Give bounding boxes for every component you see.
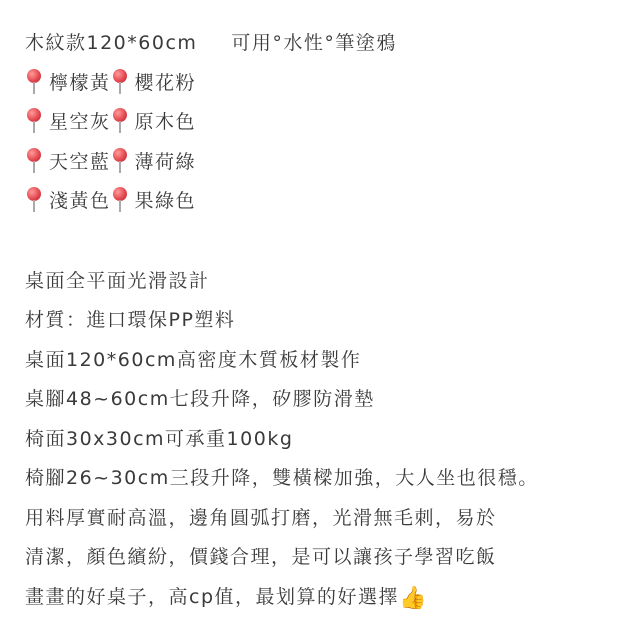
model-text: 木紋款120*60cm bbox=[25, 32, 197, 54]
pushpin-icon bbox=[25, 187, 43, 213]
color-row: 天空藍薄荷綠 bbox=[25, 143, 611, 183]
feature-text: 畫畫的好桌子，高cp值，最划算的好選擇 bbox=[25, 586, 399, 608]
color-option: 星空灰 bbox=[49, 111, 111, 133]
feature-line: 椅面30x30cm可承重100kg bbox=[25, 420, 611, 460]
color-option: 天空藍 bbox=[49, 151, 111, 173]
pushpin-icon bbox=[111, 69, 129, 95]
color-option: 原木色 bbox=[135, 111, 197, 133]
feature-line: 材質：進口環保PP塑料 bbox=[25, 301, 611, 341]
feature-line: 桌面全平面光滑設計 bbox=[25, 262, 611, 302]
feature-line: 椅腳26~30cm三段升降，雙橫樑加強，大人坐也很穩。 bbox=[25, 459, 611, 499]
color-option: 櫻花粉 bbox=[135, 72, 197, 94]
color-option: 果綠色 bbox=[135, 190, 197, 212]
pushpin-icon bbox=[111, 187, 129, 213]
pushpin-icon bbox=[111, 148, 129, 174]
feature-line: 清潔，顏色繽紛，價錢合理，是可以讓孩子學習吃飯 bbox=[25, 538, 611, 578]
feature-line: 用料厚實耐高溫，邊角圓弧打磨，光滑無毛刺，易於 bbox=[25, 499, 611, 539]
pushpin-icon bbox=[25, 108, 43, 134]
color-row: 檸檬黃櫻花粉 bbox=[25, 64, 611, 104]
color-option: 薄荷綠 bbox=[135, 151, 197, 173]
pushpin-icon bbox=[25, 69, 43, 95]
color-option: 淺黃色 bbox=[49, 190, 111, 212]
color-option: 檸檬黃 bbox=[49, 72, 111, 94]
note-text: 可用°水性°筆塗鴉 bbox=[231, 32, 397, 54]
feature-line: 畫畫的好桌子，高cp值，最划算的好選擇👍 bbox=[25, 578, 611, 618]
color-row: 星空灰原木色 bbox=[25, 103, 611, 143]
header-line: 木紋款120*60cm可用°水性°筆塗鴉 bbox=[25, 24, 611, 64]
thumbs-up-icon: 👍 bbox=[399, 579, 428, 619]
spacer bbox=[25, 222, 611, 262]
feature-line: 桌面120*60cm高密度木質板材製作 bbox=[25, 341, 611, 381]
product-description: 木紋款120*60cm可用°水性°筆塗鴉 檸檬黃櫻花粉 星空灰原木色 天空藍薄荷… bbox=[25, 24, 611, 617]
pushpin-icon bbox=[111, 108, 129, 134]
feature-line: 桌腳48~60cm七段升降，矽膠防滑墊 bbox=[25, 380, 611, 420]
pushpin-icon bbox=[25, 148, 43, 174]
color-row: 淺黃色果綠色 bbox=[25, 182, 611, 222]
